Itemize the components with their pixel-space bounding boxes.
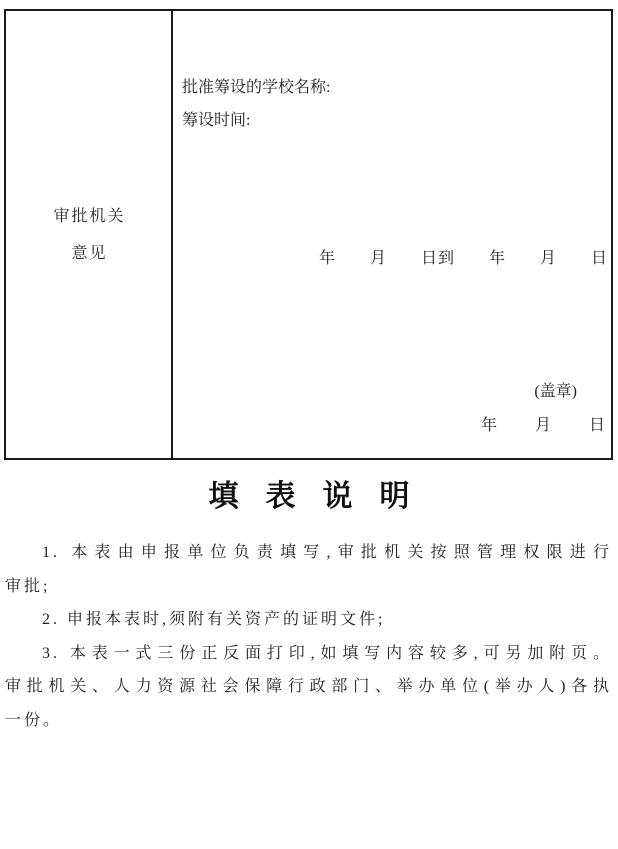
approval-date-blanks: 年 月 日 xyxy=(481,412,607,435)
preparation-period-date-blanks: 年 月 日到 年 月 日 xyxy=(319,245,608,268)
note-2-line-1: 2. 申报本表时,须附有关资产的证明文件; xyxy=(5,603,612,637)
form-notes-title: 填表说明 xyxy=(0,479,618,515)
preparation-time-label: 筹设时间: xyxy=(182,107,250,130)
note-3-line-1: 3. 本表一式三份正反面打印,如填写内容较多,可另加附页。 xyxy=(5,637,612,671)
note-3-line-3: 一份。 xyxy=(5,704,612,738)
note-1-line-1: 1. 本表由申报单位负责填写,审批机关按照管理权限进行 xyxy=(5,536,612,570)
note-1-line-2: 审批; xyxy=(5,570,612,604)
form-page: 审批机关 意见 批准筹设的学校名称: 筹设时间: 年 月 日到 年 月 日 (盖… xyxy=(0,0,618,849)
approval-authority-label-cell: 审批机关 意见 xyxy=(6,11,173,458)
approval-authority-label-line1: 审批机关 xyxy=(51,198,125,235)
approval-opinion-cell: 批准筹设的学校名称: 筹设时间: 年 月 日到 年 月 日 (盖章) 年 月 日 xyxy=(173,11,611,458)
approval-authority-label-line2: 意见 xyxy=(69,235,107,272)
note-3-line-2: 审批机关、人力资源社会保障行政部门、举办单位(举办人)各执 xyxy=(5,670,612,704)
approval-authority-table: 审批机关 意见 批准筹设的学校名称: 筹设时间: 年 月 日到 年 月 日 (盖… xyxy=(4,9,613,460)
official-seal-label: (盖章) xyxy=(534,378,577,401)
form-notes-section: 1. 本表由申报单位负责填写,审批机关按照管理权限进行 审批; 2. 申报本表时… xyxy=(5,536,612,737)
approved-school-name-label: 批准筹设的学校名称: xyxy=(182,74,330,97)
